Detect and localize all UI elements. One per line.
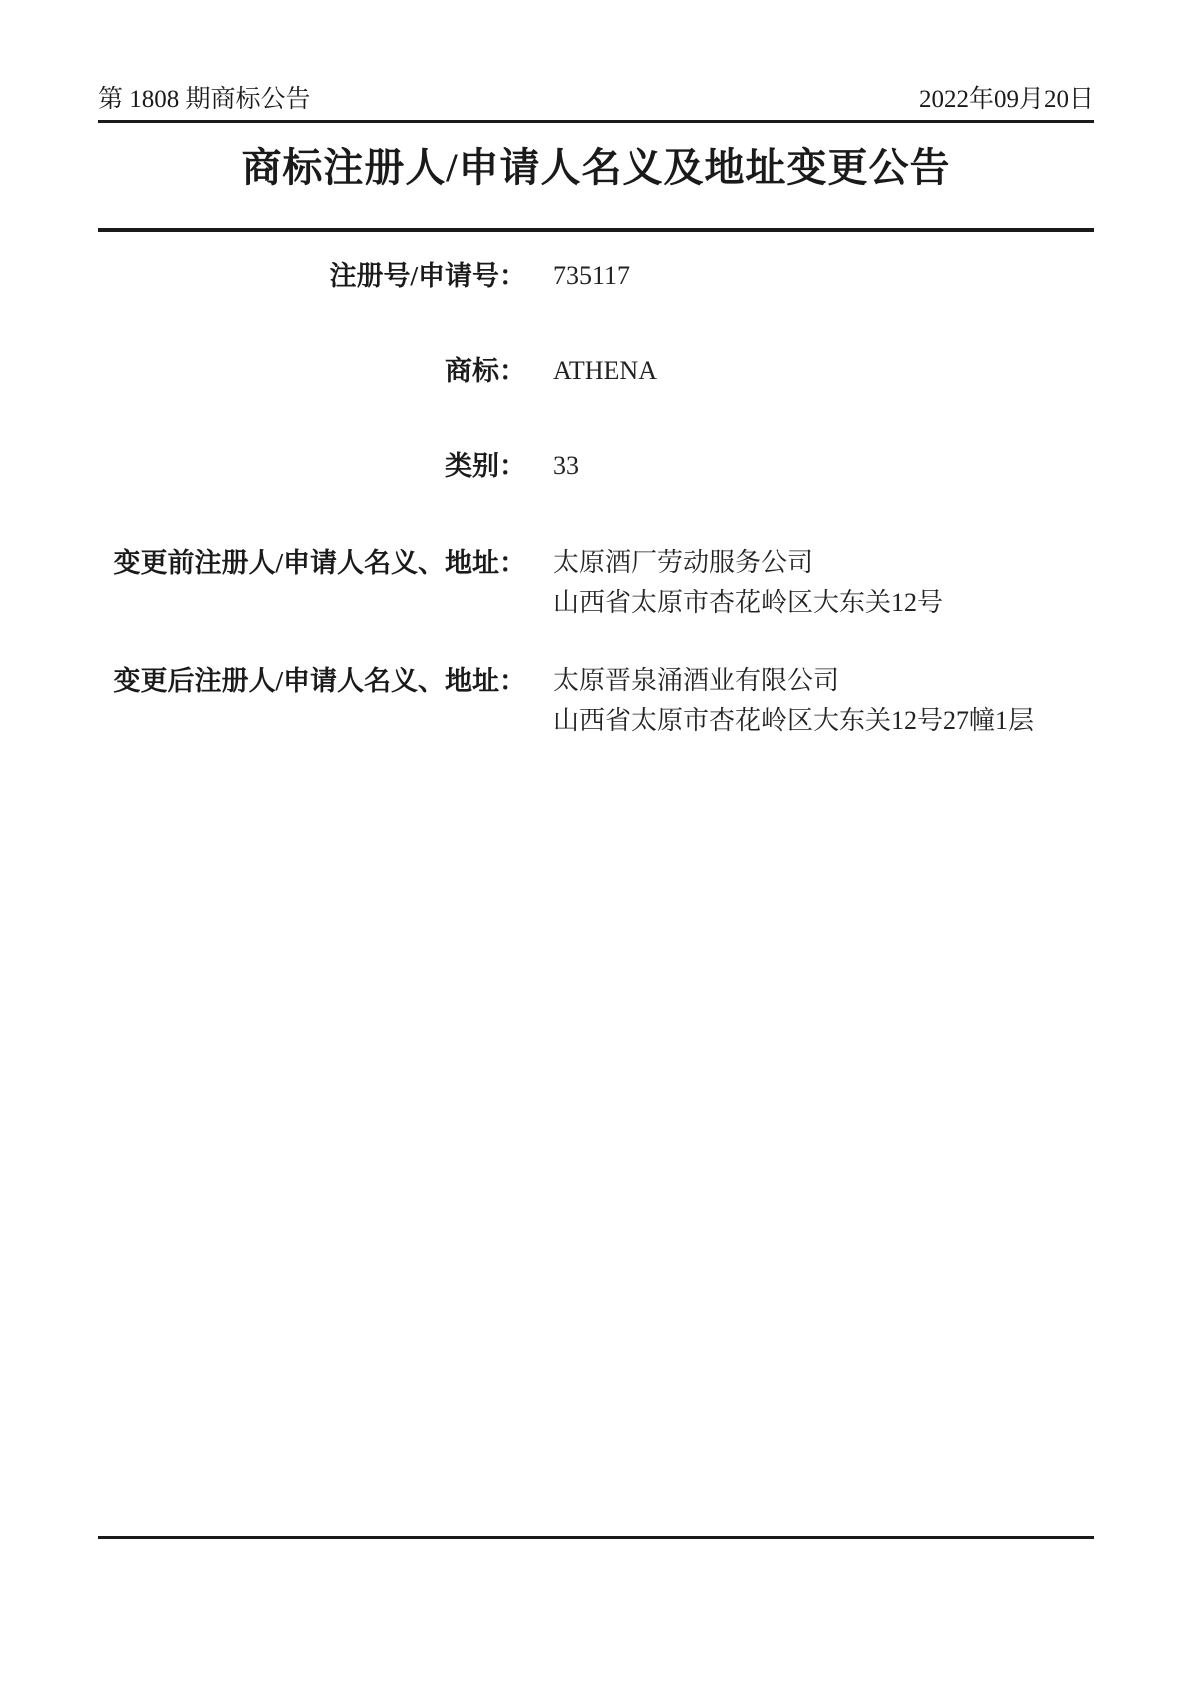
after-change-name: 太原晋泉涌酒业有限公司 <box>553 661 1034 701</box>
before-change-name: 太原酒厂劳动服务公司 <box>553 543 943 583</box>
before-change-label: 变更前注册人/申请人名义、地址： <box>98 543 526 583</box>
gazette-date: 2022年09月20日 <box>919 84 1094 116</box>
gazette-issue-label: 第 1808 期商标公告 <box>98 84 311 116</box>
page-title: 商标注册人/申请人名义及地址变更公告 <box>98 140 1094 196</box>
trademark-announcement-page: 第 1808 期商标公告 2022年09月20日 商标注册人/申请人名义及地址变… <box>0 0 1190 1684</box>
field-row-class: 类别： 33 <box>98 446 1094 486</box>
page-header: 第 1808 期商标公告 2022年09月20日 <box>98 84 1094 116</box>
field-row-before-change: 变更前注册人/申请人名义、地址： 太原酒厂劳动服务公司 山西省太原市杏花岭区大东… <box>98 543 1094 623</box>
registration-number-label: 注册号/申请号： <box>98 256 526 296</box>
header-divider-line <box>98 120 1094 123</box>
trademark-value: ATHENA <box>553 351 657 391</box>
before-change-address: 山西省太原市杏花岭区大东关12号 <box>553 583 943 623</box>
after-change-address: 山西省太原市杏花岭区大东关12号27幢1层 <box>553 701 1034 741</box>
class-label: 类别： <box>98 446 526 486</box>
registration-number-value: 735117 <box>553 256 630 296</box>
footer-divider-line <box>98 1536 1094 1539</box>
class-value: 33 <box>553 446 579 486</box>
field-row-after-change: 变更后注册人/申请人名义、地址： 太原晋泉涌酒业有限公司 山西省太原市杏花岭区大… <box>98 661 1094 741</box>
field-row-trademark: 商标： ATHENA <box>98 351 1094 391</box>
title-divider-line <box>98 228 1094 232</box>
before-change-value: 太原酒厂劳动服务公司 山西省太原市杏花岭区大东关12号 <box>553 543 943 623</box>
trademark-label: 商标： <box>98 351 526 391</box>
field-row-registration-number: 注册号/申请号： 735117 <box>98 256 1094 296</box>
after-change-label: 变更后注册人/申请人名义、地址： <box>98 661 526 701</box>
after-change-value: 太原晋泉涌酒业有限公司 山西省太原市杏花岭区大东关12号27幢1层 <box>553 661 1034 741</box>
